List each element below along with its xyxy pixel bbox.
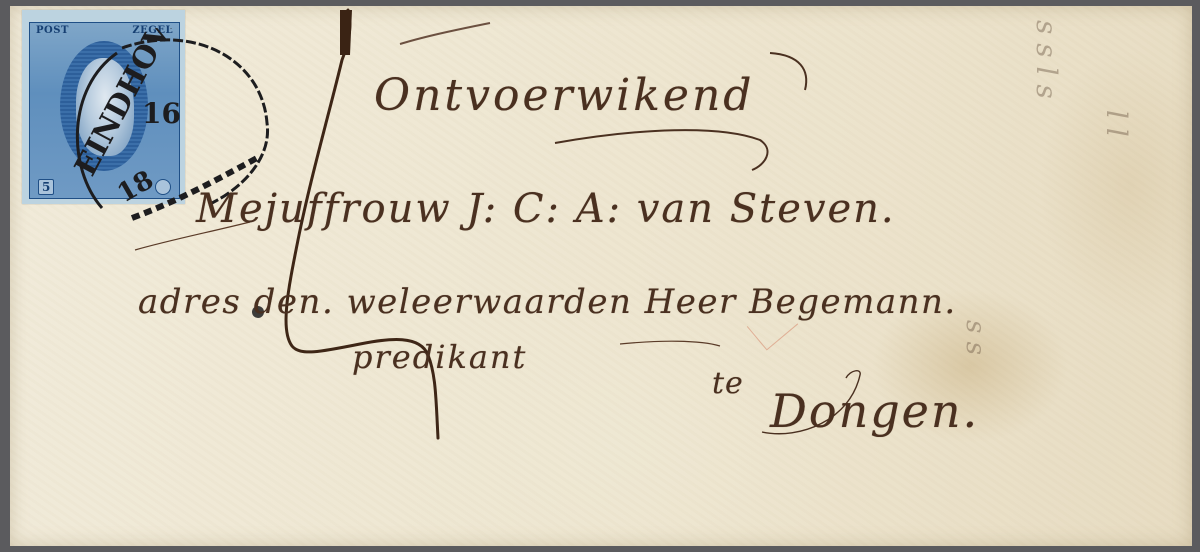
address-preposition: te — [712, 366, 744, 401]
address-heading: Ontvoerwikend — [374, 70, 754, 121]
address-care-of: adres den. weleerwaarden Heer Begemann. — [138, 282, 957, 322]
address-title: predikant — [352, 338, 527, 376]
stamp-label-zegel: ZEGEL — [132, 25, 173, 36]
faint-note-stain: s s — [960, 320, 990, 355]
postage-stamp: POST ZEGEL 5 — [22, 10, 185, 204]
address-recipient: Mejuffrouw J: C: A: van Steven. — [196, 186, 896, 232]
faint-note-right: s s l s — [1030, 20, 1063, 99]
stamp-value: 5 — [38, 179, 54, 195]
king-portrait-icon — [76, 58, 134, 156]
address-place: Dongen. — [770, 384, 979, 438]
stamp-frame: POST ZEGEL 5 — [29, 22, 180, 199]
stamp-label-post: POST — [36, 25, 69, 36]
stamp-corner-ornament — [155, 179, 171, 195]
faint-note-far-right: l l — [1100, 110, 1133, 137]
